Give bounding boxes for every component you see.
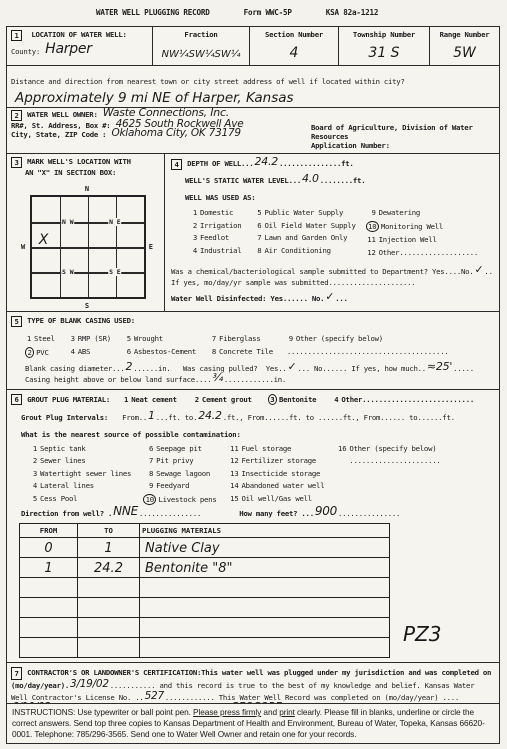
- section-1-location: 1 LOCATION OF WATER WELL: County: Harper…: [7, 27, 499, 66]
- material-cement-grout: Cement grout: [202, 395, 252, 404]
- use-public-water-supply: Public Water Supply: [264, 208, 343, 217]
- casing-rmp-sr: RMP (SR): [78, 334, 111, 343]
- well-use-options: 1Domestic 2Irrigation 3Feedlot 4Industri…: [187, 208, 495, 257]
- interval-from-value: 1: [148, 413, 155, 418]
- use-domestic: Domestic: [200, 208, 233, 217]
- section-2-owner: 2WATER WELL OWNER: Waste Connections, In…: [7, 108, 499, 154]
- well-was-used-as-label: WELL WAS USED AS:: [185, 193, 495, 202]
- date-plugged-value: 3/19/02: [70, 682, 109, 687]
- section-6-grout-plug: 6GROUT PLUG MATERIAL: 1Neat cement 2Ceme…: [7, 390, 499, 663]
- range-value: 5W: [453, 48, 476, 58]
- casing-height-value: ¾: [212, 375, 222, 380]
- table-header-row: FROM TO PLUGGING MATERIALS: [20, 523, 390, 537]
- static-water-level-value: 4.0: [302, 176, 319, 181]
- disinfected-question: Water Well Disinfected: Yes...... No.: [171, 294, 324, 303]
- compass-west-label: W: [21, 243, 25, 251]
- table-row: [20, 577, 390, 597]
- casing-pulled-yes-checkmark: ✓: [288, 364, 297, 369]
- township-section-grid: N W N E S W S E X: [30, 195, 146, 299]
- owner-label: WATER WELL OWNER:: [27, 110, 97, 119]
- pz3-handwritten-annotation: PZ3: [403, 622, 442, 646]
- casing-steel: Steel: [34, 334, 55, 343]
- range-label: Range Number: [434, 30, 495, 39]
- section-7-number: 7: [11, 667, 22, 681]
- grout-intervals-label: Grout Plug Intervals:: [21, 413, 108, 422]
- depth-dots: ...............ft.: [279, 159, 354, 168]
- circled-10-monitoring-well: 10: [366, 221, 379, 232]
- city-state-zip-label: City, State, ZIP Code :: [11, 130, 106, 139]
- contam-abandoned-water-well: Abandoned water well: [241, 481, 324, 490]
- material-other: Other...........................: [341, 395, 474, 404]
- casing-diameter-label: Blank casing diameter...: [25, 364, 124, 373]
- contam-fuel-storage: Fuel storage: [241, 444, 291, 453]
- fraction-value: NW¼SW¼SW¼: [162, 50, 241, 60]
- casing-pvc: PVC: [36, 348, 48, 357]
- contam-septic-tank: Septic tank: [40, 444, 86, 453]
- use-lawn-garden: Lawn and Garden Only: [264, 233, 347, 242]
- casing-pulled-question: Was casing pulled? Yes..: [170, 364, 286, 373]
- section-4-number: 4: [171, 159, 182, 170]
- circled-3-bentonite: 3: [268, 394, 277, 405]
- circled-2-pvc: 2: [25, 347, 34, 358]
- casing-pulled-amount: ≈25': [427, 364, 452, 369]
- use-oil-field-water-supply: Oil Field Water Supply: [264, 221, 355, 230]
- contam-other-blank: ......................: [349, 456, 440, 465]
- section-number-cell: Section Number 4: [250, 27, 339, 65]
- section-3-title-line1: MARK WELL'S LOCATION WITH: [27, 157, 131, 166]
- contamination-question: What is the nearest source of possible c…: [21, 430, 495, 439]
- distance-answer: Approximately 9 mi NE of Harper, Kansas: [15, 92, 294, 104]
- section-number-label: Section Number: [254, 30, 334, 39]
- contam-other: Other (specify below): [349, 444, 436, 453]
- sample-submitted-question: Was a chemical/bacteriological sample su…: [171, 267, 473, 276]
- instructions-text-1: INSTRUCTIONS: Use typewriter or ball poi…: [12, 707, 193, 717]
- sample-no-checkmark: ✓: [474, 267, 483, 272]
- casing-concrete-tile: Concrete Tile: [219, 347, 273, 356]
- distance-direction-row: Distance and direction from nearest town…: [7, 66, 499, 108]
- license-number-value: 527: [145, 694, 164, 699]
- contam-livestock-pens: Livestock pens: [158, 495, 216, 504]
- interval-to-value: 24.2: [198, 413, 222, 418]
- section-5-number: 5: [11, 316, 22, 327]
- how-many-feet-value: 900: [315, 509, 337, 514]
- table-row: 0 1 Native Clay: [20, 537, 390, 557]
- section-3-number: 3: [11, 157, 22, 168]
- certification-text-3: ............ This Water Well Record was …: [165, 693, 459, 702]
- contam-lateral-lines: Lateral lines: [40, 481, 94, 490]
- use-feedlot: Feedlot: [200, 233, 229, 242]
- contam-sewer-lines: Sewer lines: [40, 456, 86, 465]
- grid-se-label: S E: [108, 268, 122, 276]
- application-number-label: Application Number:: [311, 141, 495, 150]
- instructions-underlined-2: print: [279, 707, 295, 717]
- well-location-x-mark: X: [39, 232, 49, 248]
- plugging-materials-column-header: PLUGGING MATERIALS: [140, 523, 390, 537]
- section-3-location-map: 3MARK WELL'S LOCATION WITH AN "X" IN SEC…: [7, 154, 165, 311]
- use-industrial: Industrial: [200, 246, 241, 255]
- contam-seepage-pit: Seepage pit: [156, 444, 202, 453]
- section-6-title: GROUT PLUG MATERIAL:: [27, 395, 110, 404]
- depth-value: 24.2: [254, 159, 278, 164]
- instructions-underlined-1: Please press firmly: [193, 707, 261, 717]
- static-water-level-dots: ........ft.: [320, 176, 366, 185]
- document-header: WATER WELL PLUGGING RECORD Form WWC-5P K…: [0, 0, 507, 17]
- contam-sewage-lagoon: Sewage lagoon: [156, 469, 210, 478]
- section-6-number: 6: [11, 394, 22, 405]
- section-1-title: LOCATION OF WATER WELL:: [31, 30, 126, 39]
- use-other: Other...................: [379, 248, 478, 257]
- contam-oil-gas-well: Oil well/Gas well: [241, 494, 311, 503]
- grid-nw-label: N W: [61, 218, 75, 226]
- fraction-label: Fraction: [157, 30, 245, 39]
- contam-insecticide-storage: Insecticide storage: [241, 469, 320, 478]
- direction-from-well-value: NNE: [113, 509, 138, 514]
- range-cell: Range Number 5W: [430, 27, 499, 65]
- contamination-source-options: 1Septic tank 2Sewer lines 3Watertight se…: [27, 444, 495, 505]
- casing-abs: ABS: [78, 347, 90, 356]
- fraction-cell: Fraction NW¼SW¼SW¼: [153, 27, 250, 65]
- how-many-feet-label: How many feet? ...: [239, 509, 314, 518]
- use-air-conditioning: Air Conditioning: [264, 246, 330, 255]
- township-label: Township Number: [343, 30, 425, 39]
- compass-east-label: E: [149, 243, 153, 251]
- casing-other: Other (specify below): [296, 334, 383, 343]
- board-of-agriculture-line: Board of Agriculture, Division of Water …: [311, 123, 495, 141]
- casing-asbestos-cement: Asbestos-Cement: [134, 347, 196, 356]
- direction-from-well-label: Direction from well? .: [21, 509, 112, 518]
- county-label: County:: [11, 47, 40, 56]
- material-bentonite: Bentonite: [279, 395, 316, 404]
- distance-question: Distance and direction from nearest town…: [11, 77, 405, 86]
- grid-sw-label: S W: [61, 268, 75, 276]
- use-dewatering: Dewatering: [379, 208, 420, 217]
- city-state-zip-value: Oklahoma City, OK 73179: [111, 130, 240, 137]
- casing-other-blank: .......................................: [287, 347, 449, 356]
- use-irrigation: Irrigation: [200, 221, 241, 230]
- county-cell: 1 LOCATION OF WATER WELL: County: Harper: [7, 27, 153, 65]
- contam-watertight-sewer-lines: Watertight sewer lines: [40, 469, 131, 478]
- water-well-plugging-record: WATER WELL PLUGGING RECORD Form WWC-5P K…: [0, 0, 507, 749]
- section-5-blank-casing: 5TYPE OF BLANK CASING USED: 1Steel 2PVC …: [7, 312, 499, 390]
- section-4-well-details: 4DEPTH OF WELL...24.2...............ft. …: [165, 154, 499, 311]
- casing-diameter-value: 2: [125, 364, 132, 369]
- address-label: RR#, St. Address, Box #:: [11, 121, 110, 130]
- use-injection-well: Injection Well: [379, 235, 437, 244]
- section-2-number: 2: [11, 110, 22, 121]
- form-number: Form WWC-5P: [244, 8, 292, 17]
- section-box-grid: N S W E N W N E S W S E: [21, 187, 153, 307]
- section-5-title: TYPE OF BLANK CASING USED:: [27, 316, 135, 325]
- compass-north-label: N: [85, 185, 89, 193]
- form-title: WATER WELL PLUGGING RECORD: [96, 8, 210, 17]
- table-row: 1 24.2 Bentonite "8": [20, 557, 390, 577]
- owner-value: Waste Connections, Inc.: [103, 109, 229, 117]
- table-row: [20, 637, 390, 657]
- township-cell: Township Number 31 S: [339, 27, 430, 65]
- compass-south-label: S: [85, 302, 89, 310]
- table-row: [20, 597, 390, 617]
- to-column-header: TO: [78, 523, 140, 537]
- static-water-level-label: WELL'S STATIC WATER LEVEL...: [185, 176, 301, 185]
- sample-date-line: If yes, mo/day/yr sample was submitted..…: [171, 278, 495, 287]
- grid-ne-label: N E: [108, 218, 122, 226]
- plugging-materials-table: FROM TO PLUGGING MATERIALS 0 1 Native Cl…: [19, 523, 390, 658]
- contam-feedyard: Feedyard: [156, 481, 189, 490]
- statute-reference: KSA 82a-1212: [326, 8, 378, 17]
- casing-height-label: Casing height above or below land surfac…: [25, 375, 211, 384]
- disinfected-no-checkmark: ✓: [325, 294, 334, 299]
- contam-cess-pool: Cess Pool: [40, 494, 77, 503]
- from-column-header: FROM: [20, 523, 78, 537]
- material-neat-cement: Neat cement: [131, 395, 177, 404]
- section-1-number: 1: [11, 30, 22, 41]
- casing-fiberglass: Fiberglass: [219, 334, 260, 343]
- circled-10-livestock-pens: 10: [143, 494, 156, 505]
- county-value: Harper: [45, 44, 92, 54]
- casing-type-options: 1Steel 2PVC 3RMP (SR) 4ABS 5Wrought 6Asb…: [25, 334, 495, 358]
- casing-wrought: Wrought: [134, 334, 163, 343]
- section-3-title-line2: AN "X" IN SECTION BOX:: [25, 168, 116, 177]
- contam-pit-privy: Pit privy: [156, 456, 193, 465]
- depth-label: DEPTH OF WELL...: [187, 159, 253, 168]
- table-row: [20, 617, 390, 637]
- form-body: 1 LOCATION OF WATER WELL: County: Harper…: [6, 26, 500, 733]
- township-value: 31 S: [368, 48, 399, 58]
- use-monitoring-well: Monitoring Well: [381, 222, 443, 231]
- instructions-box: INSTRUCTIONS: Use typewriter or ball poi…: [6, 703, 500, 744]
- section-number-value: 4: [290, 48, 299, 58]
- contam-fertilizer-storage: Fertilizer storage: [241, 456, 316, 465]
